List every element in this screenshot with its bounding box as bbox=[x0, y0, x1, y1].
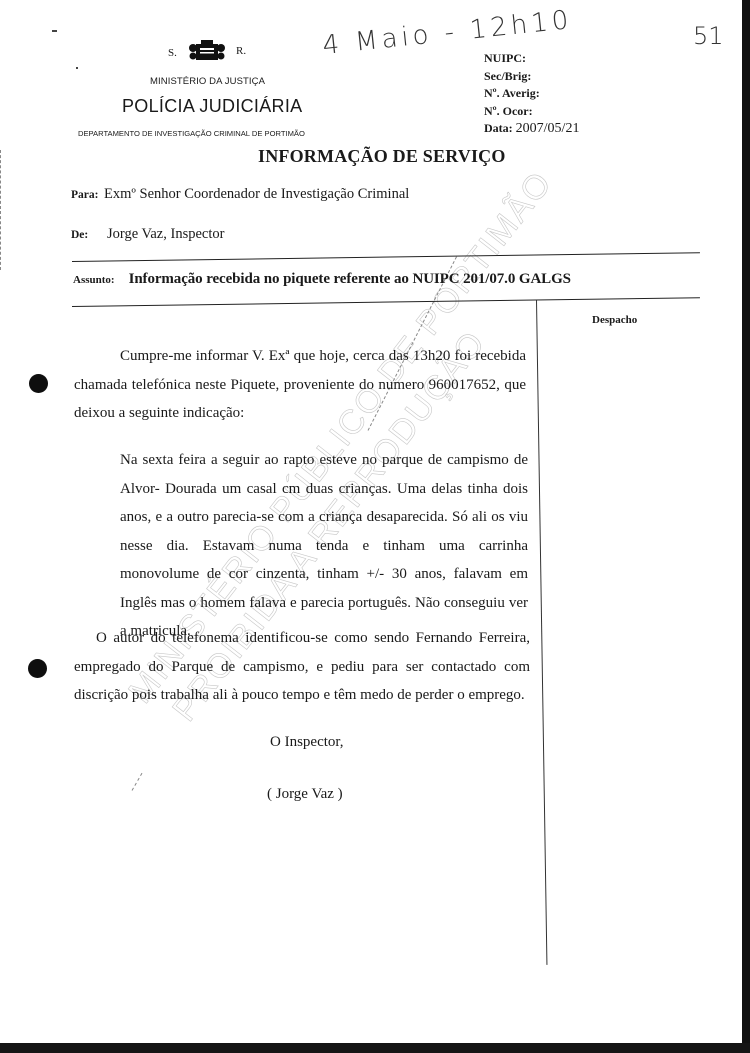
scan-speck bbox=[52, 30, 57, 32]
divider-rule bbox=[72, 297, 700, 307]
subject-label: Assunto: bbox=[73, 274, 115, 286]
divider-rule bbox=[72, 252, 700, 262]
intro-paragraph: Cumpre-me informar V. Exª que hoje, cerc… bbox=[74, 342, 526, 428]
recipient-label: Para: bbox=[71, 189, 104, 201]
scan-border-right bbox=[742, 0, 750, 1053]
scan-speck bbox=[76, 67, 78, 69]
punch-hole bbox=[29, 374, 48, 393]
caller-paragraph: O autor do telefonema identificou-se com… bbox=[74, 624, 530, 710]
department-name: DEPARTAMENTO DE INVESTIGAÇÃO CRIMINAL DE… bbox=[78, 129, 305, 138]
field-nuipc: NUIPC: bbox=[484, 50, 579, 68]
despacho-column-divider bbox=[536, 300, 547, 965]
sender-row: De:Jorge Vaz, Inspector bbox=[71, 226, 224, 243]
handwritten-page-number: 51 bbox=[693, 22, 724, 50]
ministry-name: MINISTÉRIO DA JUSTIÇA bbox=[150, 76, 265, 87]
coat-of-arms-icon bbox=[188, 40, 226, 62]
punch-hole bbox=[28, 659, 47, 678]
subject-value: Informação recebida no piquete referente… bbox=[129, 271, 571, 287]
emblem-right-text: R. bbox=[236, 45, 246, 57]
field-ocor: Nº. Ocor: bbox=[484, 103, 579, 121]
letterhead-emblem: S. R. bbox=[168, 38, 258, 62]
scan-edge-mark bbox=[0, 150, 3, 270]
agency-name: POLÍCIA JUDICIÁRIA bbox=[122, 96, 302, 117]
reference-fields: NUIPC: Sec/Brig: Nº. Averig: Nº. Ocor: D… bbox=[484, 50, 579, 138]
emblem-left-text: S. bbox=[168, 47, 177, 59]
reported-information: Na sexta feira a seguir ao rapto esteve … bbox=[120, 446, 528, 646]
scan-border-bottom bbox=[0, 1043, 750, 1053]
field-averig: Nº. Averig: bbox=[484, 85, 579, 103]
recipient-row: Para:Exmº Senhor Coordenador de Investig… bbox=[71, 186, 409, 203]
document-title: INFORMAÇÃO DE SERVIÇO bbox=[258, 146, 506, 167]
pencil-mark bbox=[132, 773, 143, 791]
signature-name: ( Jorge Vaz ) bbox=[267, 786, 343, 803]
recipient-value: Exmº Senhor Coordenador de Investigação … bbox=[104, 186, 409, 202]
closing-title: O Inspector, bbox=[270, 734, 344, 751]
despacho-label: Despacho bbox=[592, 314, 637, 326]
field-data: Data: 2007/05/21 bbox=[484, 120, 579, 138]
field-sec-brig: Sec/Brig: bbox=[484, 68, 579, 86]
subject-row: Assunto:Informação recebida no piquete r… bbox=[73, 270, 571, 288]
sender-label: De: bbox=[71, 229, 107, 241]
sender-value: Jorge Vaz, Inspector bbox=[107, 226, 224, 242]
